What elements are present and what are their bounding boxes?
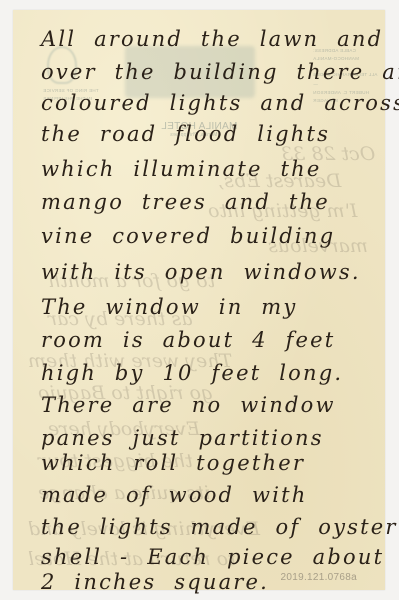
letter-page: MANILA HOTEL Manila, Philippines CABLE A…	[13, 10, 385, 590]
handwritten-line: vine covered building	[41, 224, 335, 248]
handwritten-line: room is about 4 feet	[41, 328, 335, 352]
catalog-number: 2019.121.0768a	[281, 572, 358, 583]
handwritten-line: All around the lawn and	[41, 27, 383, 51]
handwritten-line: shell - Each piece about	[41, 545, 384, 569]
handwritten-line: There are no window	[41, 393, 336, 417]
handwritten-line: mango trees and the	[41, 190, 330, 214]
handwritten-line: the lights made of oyster	[41, 515, 398, 539]
handwritten-line: made of wood with	[41, 483, 308, 507]
handwritten-line: which illuminate the	[41, 157, 321, 181]
handwritten-line: panes just partitions	[41, 426, 324, 450]
handwritten-line: coloured lights and across	[41, 91, 399, 115]
handwritten-line: high by 10 feet long.	[41, 361, 343, 385]
handwritten-line: The window in my	[41, 295, 297, 319]
handwritten-line: with its open windows.	[41, 260, 361, 284]
handwritten-line: which roll together	[41, 451, 305, 475]
handwritten-line: over the building there are	[41, 60, 399, 84]
handwritten-line: 2 inches square.	[41, 570, 269, 594]
handwritten-line: the road flood lights	[41, 122, 330, 146]
